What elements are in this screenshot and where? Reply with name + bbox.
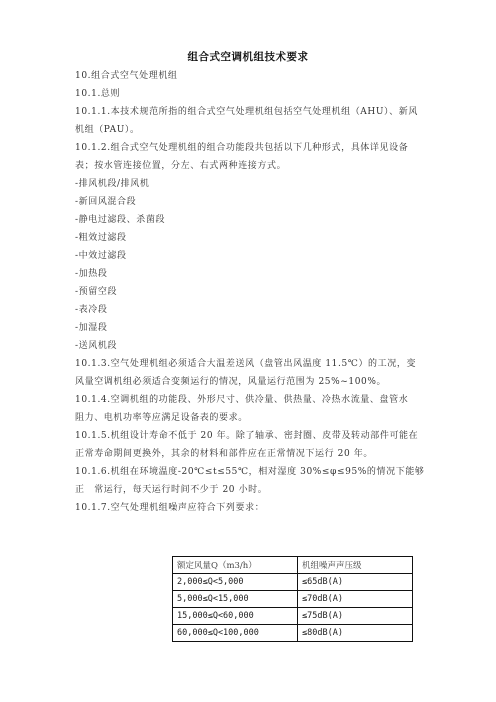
list-item: -送风机段 (75, 337, 420, 355)
list-item: -表冷段 (75, 301, 420, 319)
clause-text: 10.1.2.组合式空气处理机组的组合功能段共包括以下几种形式，具体详见设备 (75, 139, 420, 157)
clause-text: 10.1.6.机组在环境温度-20℃≤t≤55℃，相对湿度 30%≤φ≤95%的… (75, 463, 420, 481)
clause-text: 10.1.3.空气处理机组必须适合大温差送风（盘管出风温度 11.5℃）的工况，… (75, 355, 420, 373)
clause-text: 正 常运行，每天运行时间不少于 20 小时。 (75, 481, 420, 499)
list-item: -新回风混合段 (75, 193, 420, 211)
list-item: -中效过滤段 (75, 247, 420, 265)
table-header-row: 额定风量Q（m3/h） 机组噪声声压级 (173, 557, 413, 574)
clause-text: 机组（PAU）。 (75, 121, 420, 139)
noise-requirements-table: 额定风量Q（m3/h） 机组噪声声压级 2,000≤Q<5,000 ≤65dB(… (172, 556, 413, 642)
clause-text: 正常寿命期间更换外，其余的材料和部件应在正常情况下运行 20 年。 (75, 445, 420, 463)
noise-limit: ≤80dB(A) (298, 625, 413, 642)
clause-text: 表；按水管连接位置，分左、右式两种连接方式。 (75, 157, 420, 175)
noise-limit: ≤70dB(A) (298, 591, 413, 608)
document-body: 10.组合式空气处理机组 10.1.总则 10.1.1.本技术规范所指的组合式空… (75, 67, 420, 517)
table-row: 15,000≤Q<60,000 ≤75dB(A) (173, 608, 413, 625)
list-item: -加湿段 (75, 319, 420, 337)
header-airflow: 额定风量Q（m3/h） (173, 557, 298, 574)
clause-text: 阻力、电机功率等应满足设备表的要求。 (75, 409, 420, 427)
airflow-range: 60,000≤Q<100,000 (173, 625, 298, 642)
table-row: 2,000≤Q<5,000 ≤65dB(A) (173, 574, 413, 591)
clause-text: 10.1.4.空调机组的功能段、外形尺寸、供冷量、供热量、冷热水流量、盘管水 (75, 391, 420, 409)
clause-text: 10.1.1.本技术规范所指的组合式空气处理机组包括空气处理机组（AHU）、新风 (75, 103, 420, 121)
clause-text: 10.1.5.机组设计寿命不低于 20 年。除了轴承、密封圈、皮带及转动部件可能… (75, 427, 420, 445)
header-noise-level: 机组噪声声压级 (298, 557, 413, 574)
airflow-range: 15,000≤Q<60,000 (173, 608, 298, 625)
list-item: -粗效过滤段 (75, 229, 420, 247)
list-item: -排风机段/排风机 (75, 175, 420, 193)
clause-text: 10.1.7.空气处理机组噪声应符合下列要求： (75, 499, 420, 517)
noise-limit: ≤65dB(A) (298, 574, 413, 591)
clause-text: 风量空调机组必须适合变频运行的情况，风量运行范围为 25%~100%。 (75, 373, 420, 391)
airflow-range: 2,000≤Q<5,000 (173, 574, 298, 591)
table-row: 60,000≤Q<100,000 ≤80dB(A) (173, 625, 413, 642)
section-heading: 10.组合式空气处理机组 (75, 67, 420, 85)
subsection-heading: 10.1.总则 (75, 85, 420, 103)
noise-limit: ≤75dB(A) (298, 608, 413, 625)
list-item: -预留空段 (75, 283, 420, 301)
list-item: -加热段 (75, 265, 420, 283)
list-item: -静电过滤段、杀菌段 (75, 211, 420, 229)
table-row: 5,000≤Q<15,000 ≤70dB(A) (173, 591, 413, 608)
document-title: 组合式空调机组技术要求 (0, 49, 496, 64)
airflow-range: 5,000≤Q<15,000 (173, 591, 298, 608)
